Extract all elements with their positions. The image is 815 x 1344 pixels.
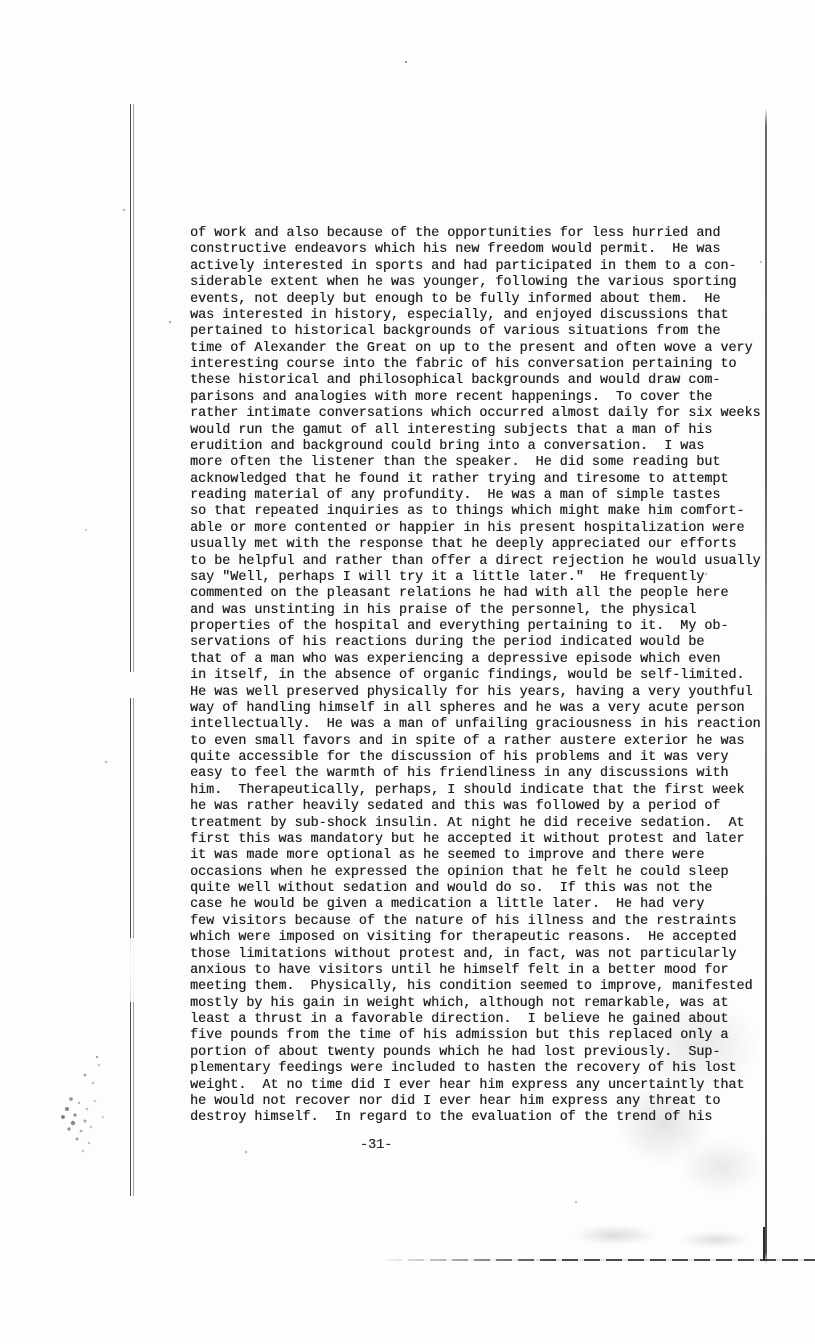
document-line: reading material of any profundity. He w…	[190, 488, 790, 504]
document-line: occasions when he expressed the opinion …	[190, 865, 790, 881]
scanned-document-page: of work and also because of the opportun…	[0, 0, 815, 1344]
document-line: treatment by sub-shock insulin. At night…	[190, 816, 790, 832]
document-line: parisons and analogies with more recent …	[190, 390, 790, 406]
document-line: that of a man who was experiencing a dep…	[190, 652, 790, 668]
document-line: properties of the hospital and everythin…	[190, 619, 790, 635]
document-line: case he would be given a medication a li…	[190, 897, 790, 913]
document-line: quite accessible for the discussion of h…	[190, 750, 790, 766]
document-line: able or more contented or happier in his…	[190, 521, 790, 537]
scan-artifact-smudge	[96, 1056, 98, 1058]
document-line: say "Well, perhaps I will try it a littl…	[190, 570, 790, 586]
document-line: intellectually. He was a man of unfailin…	[190, 717, 790, 733]
document-line: siderable extent when he was younger, fo…	[190, 275, 790, 291]
document-line: weight. At no time did I ever hear him e…	[190, 1078, 790, 1094]
document-line: way of handling himself in all spheres a…	[190, 701, 790, 717]
document-line: would run the gamut of all interesting s…	[190, 423, 790, 439]
document-line: destroy himself. In regard to the evalua…	[190, 1110, 790, 1126]
document-line: commented on the pleasant relations he h…	[190, 586, 790, 602]
document-line: to be helpful and rather than offer a di…	[190, 554, 790, 570]
document-line: plementary feedings were included to has…	[190, 1061, 790, 1077]
document-line: events, not deeply but enough to be full…	[190, 292, 790, 308]
document-line: was interested in history, especially, a…	[190, 308, 790, 324]
document-line: interesting course into the fabric of hi…	[190, 357, 790, 373]
scan-artifact-specks	[405, 61, 407, 63]
scan-artifact-left-rule	[130, 104, 134, 1196]
document-line: anxious to have visitors until he himsel…	[190, 963, 790, 979]
document-line: five pounds from the time of his admissi…	[190, 1028, 790, 1044]
document-line: it was made more optional as he seemed t…	[190, 848, 790, 864]
scan-artifact-bottom-tick	[763, 1227, 765, 1261]
document-line: servations of his reactions during the p…	[190, 635, 790, 651]
document-line: him. Therapeutically, perhaps, I should …	[190, 783, 790, 799]
document-line: actively interested in sports and had pa…	[190, 259, 790, 275]
document-line: rather intimate conversations which occu…	[190, 406, 790, 422]
page-number: -31-	[360, 1138, 392, 1153]
document-line: which were imposed on visiting for thera…	[190, 930, 790, 946]
document-line: he would not recover nor did I ever hear…	[190, 1094, 790, 1110]
document-line: so that repeated inquiries as to things …	[190, 504, 790, 520]
document-line: least a thrust in a favorable direction.…	[190, 1012, 790, 1028]
document-line: these historical and philosophical backg…	[190, 373, 790, 389]
document-line: constructive endeavors which his new fre…	[190, 242, 790, 258]
document-line: quite well without sedation and would do…	[190, 881, 790, 897]
document-line: time of Alexander the Great on up to the…	[190, 341, 790, 357]
document-line: those limitations without protest and, i…	[190, 947, 790, 963]
document-line: portion of about twenty pounds which he …	[190, 1045, 790, 1061]
document-line: in itself, in the absence of organic fin…	[190, 668, 790, 684]
document-line: mostly by his gain in weight which, alth…	[190, 996, 790, 1012]
document-line: of work and also because of the opportun…	[190, 226, 790, 242]
scan-artifact-left-rule-gap	[128, 938, 136, 1002]
document-line: He was well preserved physically for his…	[190, 685, 790, 701]
document-line: erudition and background could bring int…	[190, 439, 790, 455]
scan-artifact-left-rule-gap	[128, 672, 136, 698]
scan-artifact-bottom-edge	[386, 1259, 815, 1261]
document-line: acknowledged that he found it rather try…	[190, 472, 790, 488]
document-line: more often the listener than the speaker…	[190, 455, 790, 471]
document-line: usually met with the response that he de…	[190, 537, 790, 553]
document-line: first this was mandatory but he accepted…	[190, 832, 790, 848]
document-line: few visitors because of the nature of hi…	[190, 914, 790, 930]
document-line: easy to feel the warmth of his friendlin…	[190, 766, 790, 782]
document-line: meeting them. Physically, his condition …	[190, 979, 790, 995]
document-line: to even small favors and in spite of a r…	[190, 734, 790, 750]
document-line: he was rather heavily sedated and this w…	[190, 799, 790, 815]
document-body: of work and also because of the opportun…	[190, 226, 790, 1127]
document-line: pertained to historical backgrounds of v…	[190, 324, 790, 340]
document-line: and was unstinting in his praise of the …	[190, 603, 790, 619]
scan-artifact-stain	[540, 1215, 790, 1260]
